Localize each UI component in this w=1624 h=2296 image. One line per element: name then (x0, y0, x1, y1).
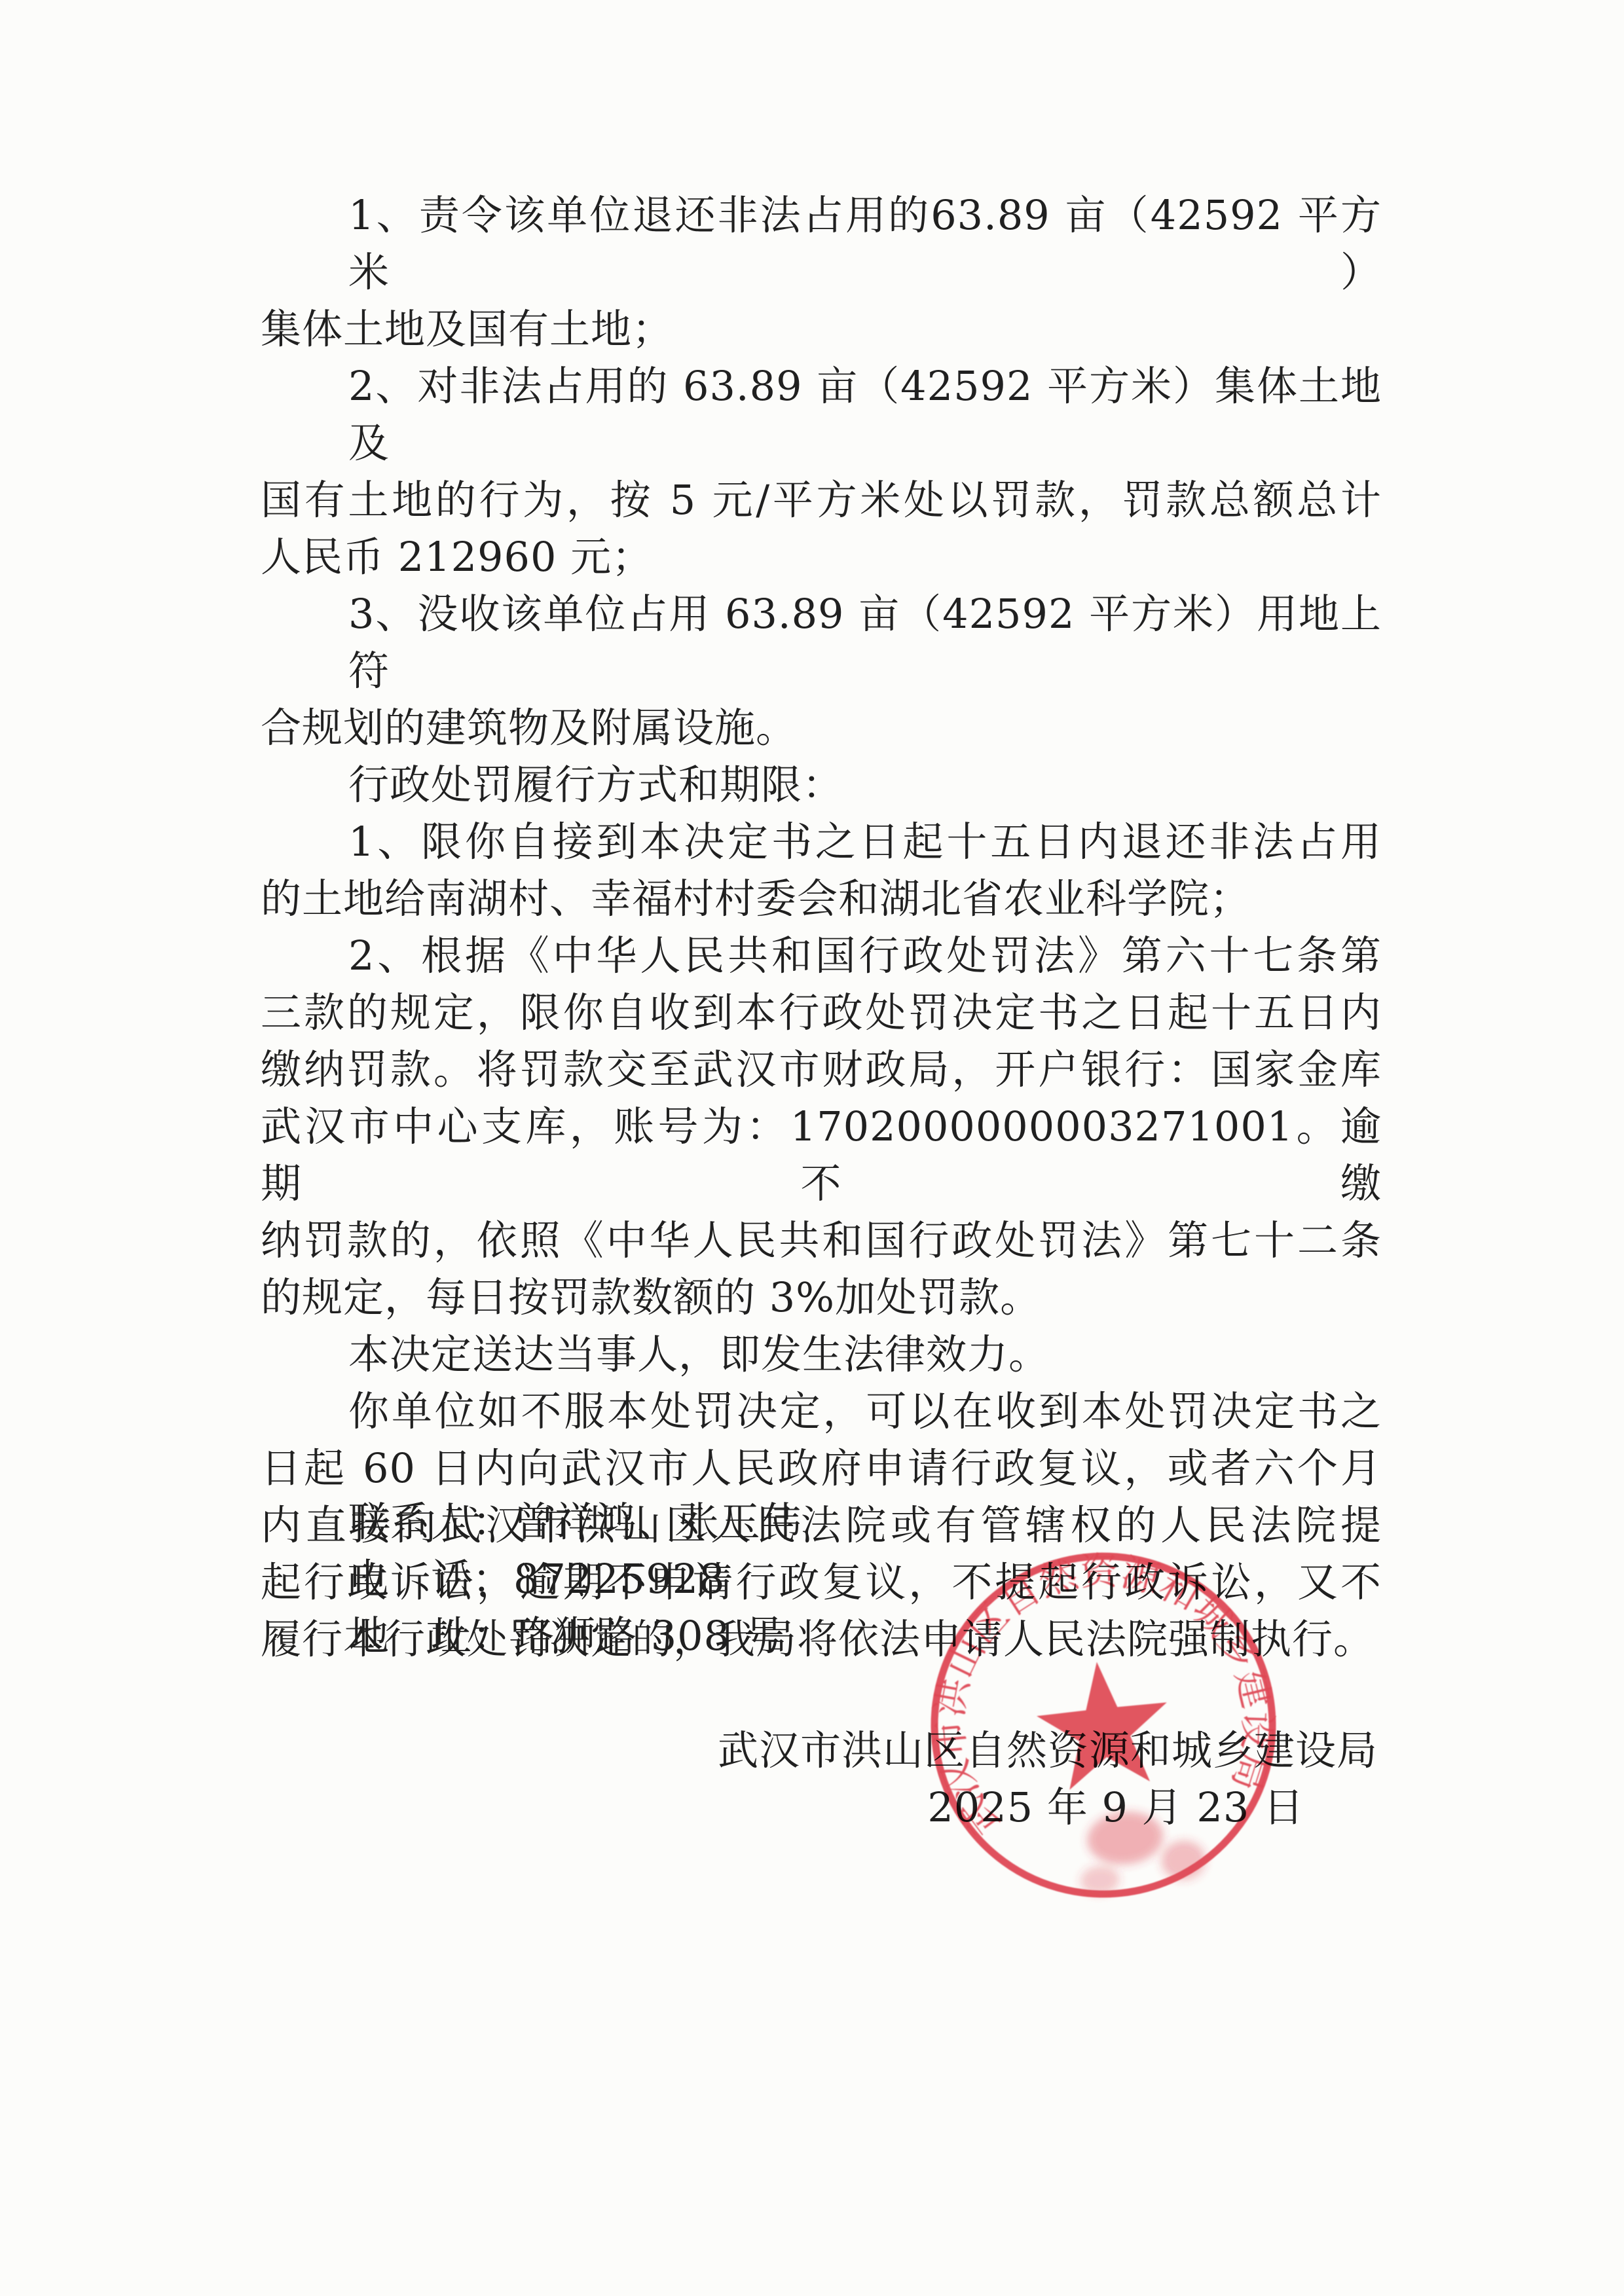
body-line: 2、对非法占用的 63.89 亩（42592 平方米）集体土地及 (261, 357, 1382, 471)
body-line: 三款的规定，限你自收到本行政处罚决定书之日起十五日内 (261, 984, 1382, 1041)
body-line: 1、责令该单位退还非法占用的63.89 亩（42592 平方米） (261, 187, 1382, 301)
body-line: 本决定送达当事人，即发生法律效力。 (261, 1326, 1382, 1383)
body-line: 缴纳罚款。将罚款交至武汉市财政局，开户银行：国家金库 (261, 1041, 1382, 1098)
body-line: 纳罚款的，依照《中华人民共和国行政处罚法》第七十二条 (261, 1212, 1382, 1269)
issuing-authority: 武汉市洪山区自然资源和城乡建设局 (261, 1722, 1382, 1779)
body-line: 1、限你自接到本决定书之日起十五日内退还非法占用 (261, 813, 1382, 870)
signature-block: 武汉市洪山区自然资源和城乡建设局 2025 年 9 月 23 日 (261, 1722, 1382, 1836)
body-line: 武汉市中心支库，账号为：1702000000003271001。逾期不缴 (261, 1098, 1382, 1212)
body-line: 的规定，每日按罚款数额的 3%加处罚款。 (261, 1269, 1382, 1326)
body-line: 的土地给南湖村、幸福村村委会和湖北省农业科学院； (261, 870, 1382, 927)
body-line: 行政处罚履行方式和期限： (261, 756, 1382, 813)
document-page: 1、责令该单位退还非法占用的63.89 亩（42592 平方米） 集体土地及国有… (0, 0, 1624, 2296)
body-line: 3、没收该单位占用 63.89 亩（42592 平方米）用地上符 (261, 585, 1382, 699)
body-line: 2、根据《中华人民共和国行政处罚法》第六十七条第 (261, 927, 1382, 984)
seal-ink-smudge (1079, 1864, 1121, 1897)
contact-block: 联系人：曾祥鸿、张玉伟 电 话：87225928 地 址：珞狮路 308 号 (261, 1493, 1382, 1664)
body-line: 集体土地及国有土地； (261, 301, 1382, 357)
body-line: 人民币 212960 元； (261, 528, 1382, 585)
contact-phone: 电 话：87225928 (261, 1550, 1382, 1607)
body-line: 日起 60 日内向武汉市人民政府申请行政复议，或者六个月 (261, 1440, 1382, 1497)
body-line: 合规划的建筑物及附属设施。 (261, 699, 1382, 756)
body-line: 国有土地的行为，按 5 元/平方米处以罚款，罚款总额总计 (261, 471, 1382, 528)
document-body: 1、责令该单位退还非法占用的63.89 亩（42592 平方米） 集体土地及国有… (261, 187, 1382, 1667)
seal-ink-smudge (1159, 1838, 1208, 1882)
contact-person: 联系人：曾祥鸿、张玉伟 (261, 1493, 1382, 1550)
contact-address: 地 址：珞狮路 308 号 (261, 1607, 1382, 1664)
issue-date: 2025 年 9 月 23 日 (261, 1779, 1382, 1836)
body-line: 你单位如不服本处罚决定，可以在收到本处罚决定书之 (261, 1383, 1382, 1440)
